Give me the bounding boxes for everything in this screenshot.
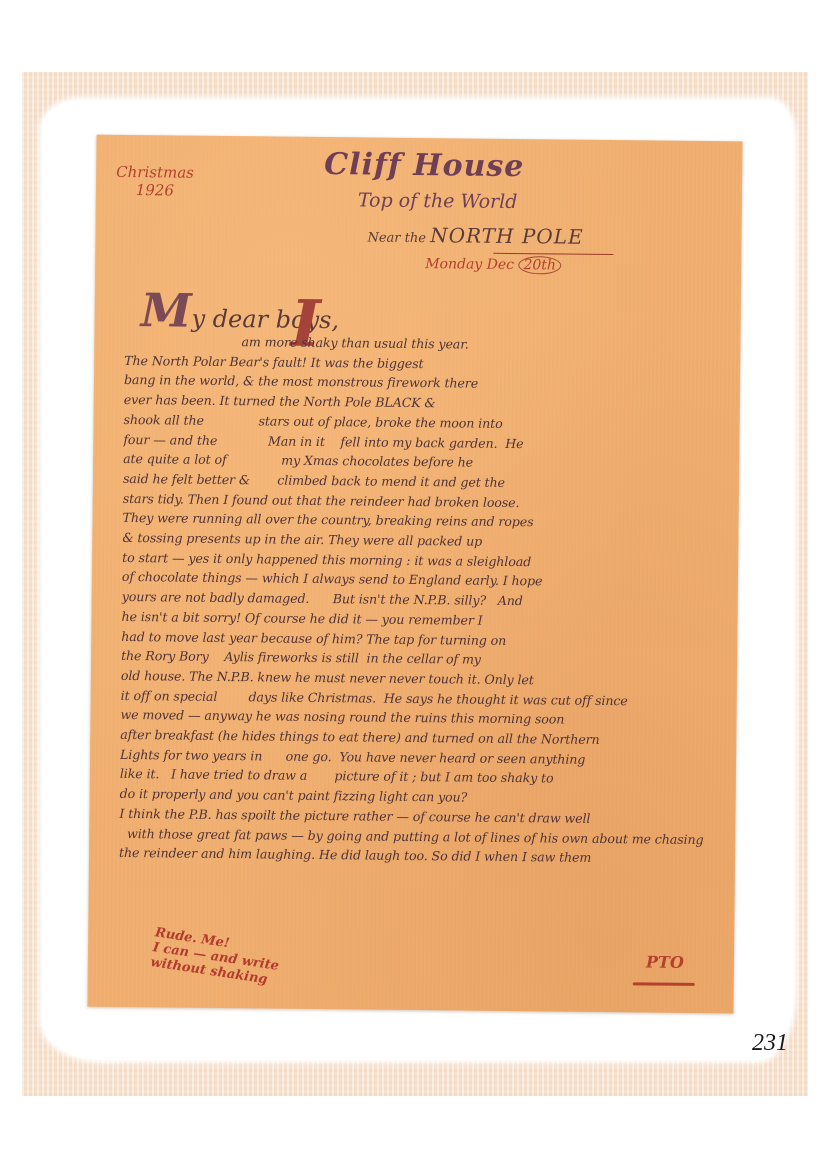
address-near-the: Near the bbox=[367, 230, 426, 246]
letter-paper: Christmas 1926 Cliff House Top of the Wo… bbox=[87, 135, 742, 1014]
address-line-north-pole: Near the NORTH POLE bbox=[367, 222, 583, 248]
salutation-drop-cap: M bbox=[140, 283, 191, 338]
letter-date: Monday Dec 20th bbox=[425, 255, 561, 274]
corner-note: Christmas 1926 bbox=[116, 163, 194, 200]
date-circled-day: 20th bbox=[518, 256, 561, 274]
address-line-top-of-world: Top of the World bbox=[358, 189, 518, 213]
date-prefix: Monday Dec bbox=[425, 256, 514, 273]
pto-underline bbox=[633, 982, 695, 986]
pto-note: PTO bbox=[646, 952, 684, 971]
address-underline bbox=[493, 253, 613, 255]
corner-note-year: 1926 bbox=[116, 181, 194, 200]
address-north-pole: NORTH POLE bbox=[430, 223, 584, 249]
corner-note-line1: Christmas bbox=[116, 163, 194, 182]
address-line-cliff-house: Cliff House bbox=[324, 147, 524, 184]
letter-body: am more shaky than usual this year. The … bbox=[119, 331, 725, 869]
polar-bear-footnote: Rude. Me! I can — and write without shak… bbox=[150, 925, 283, 989]
page-number: 231 bbox=[752, 1030, 788, 1057]
